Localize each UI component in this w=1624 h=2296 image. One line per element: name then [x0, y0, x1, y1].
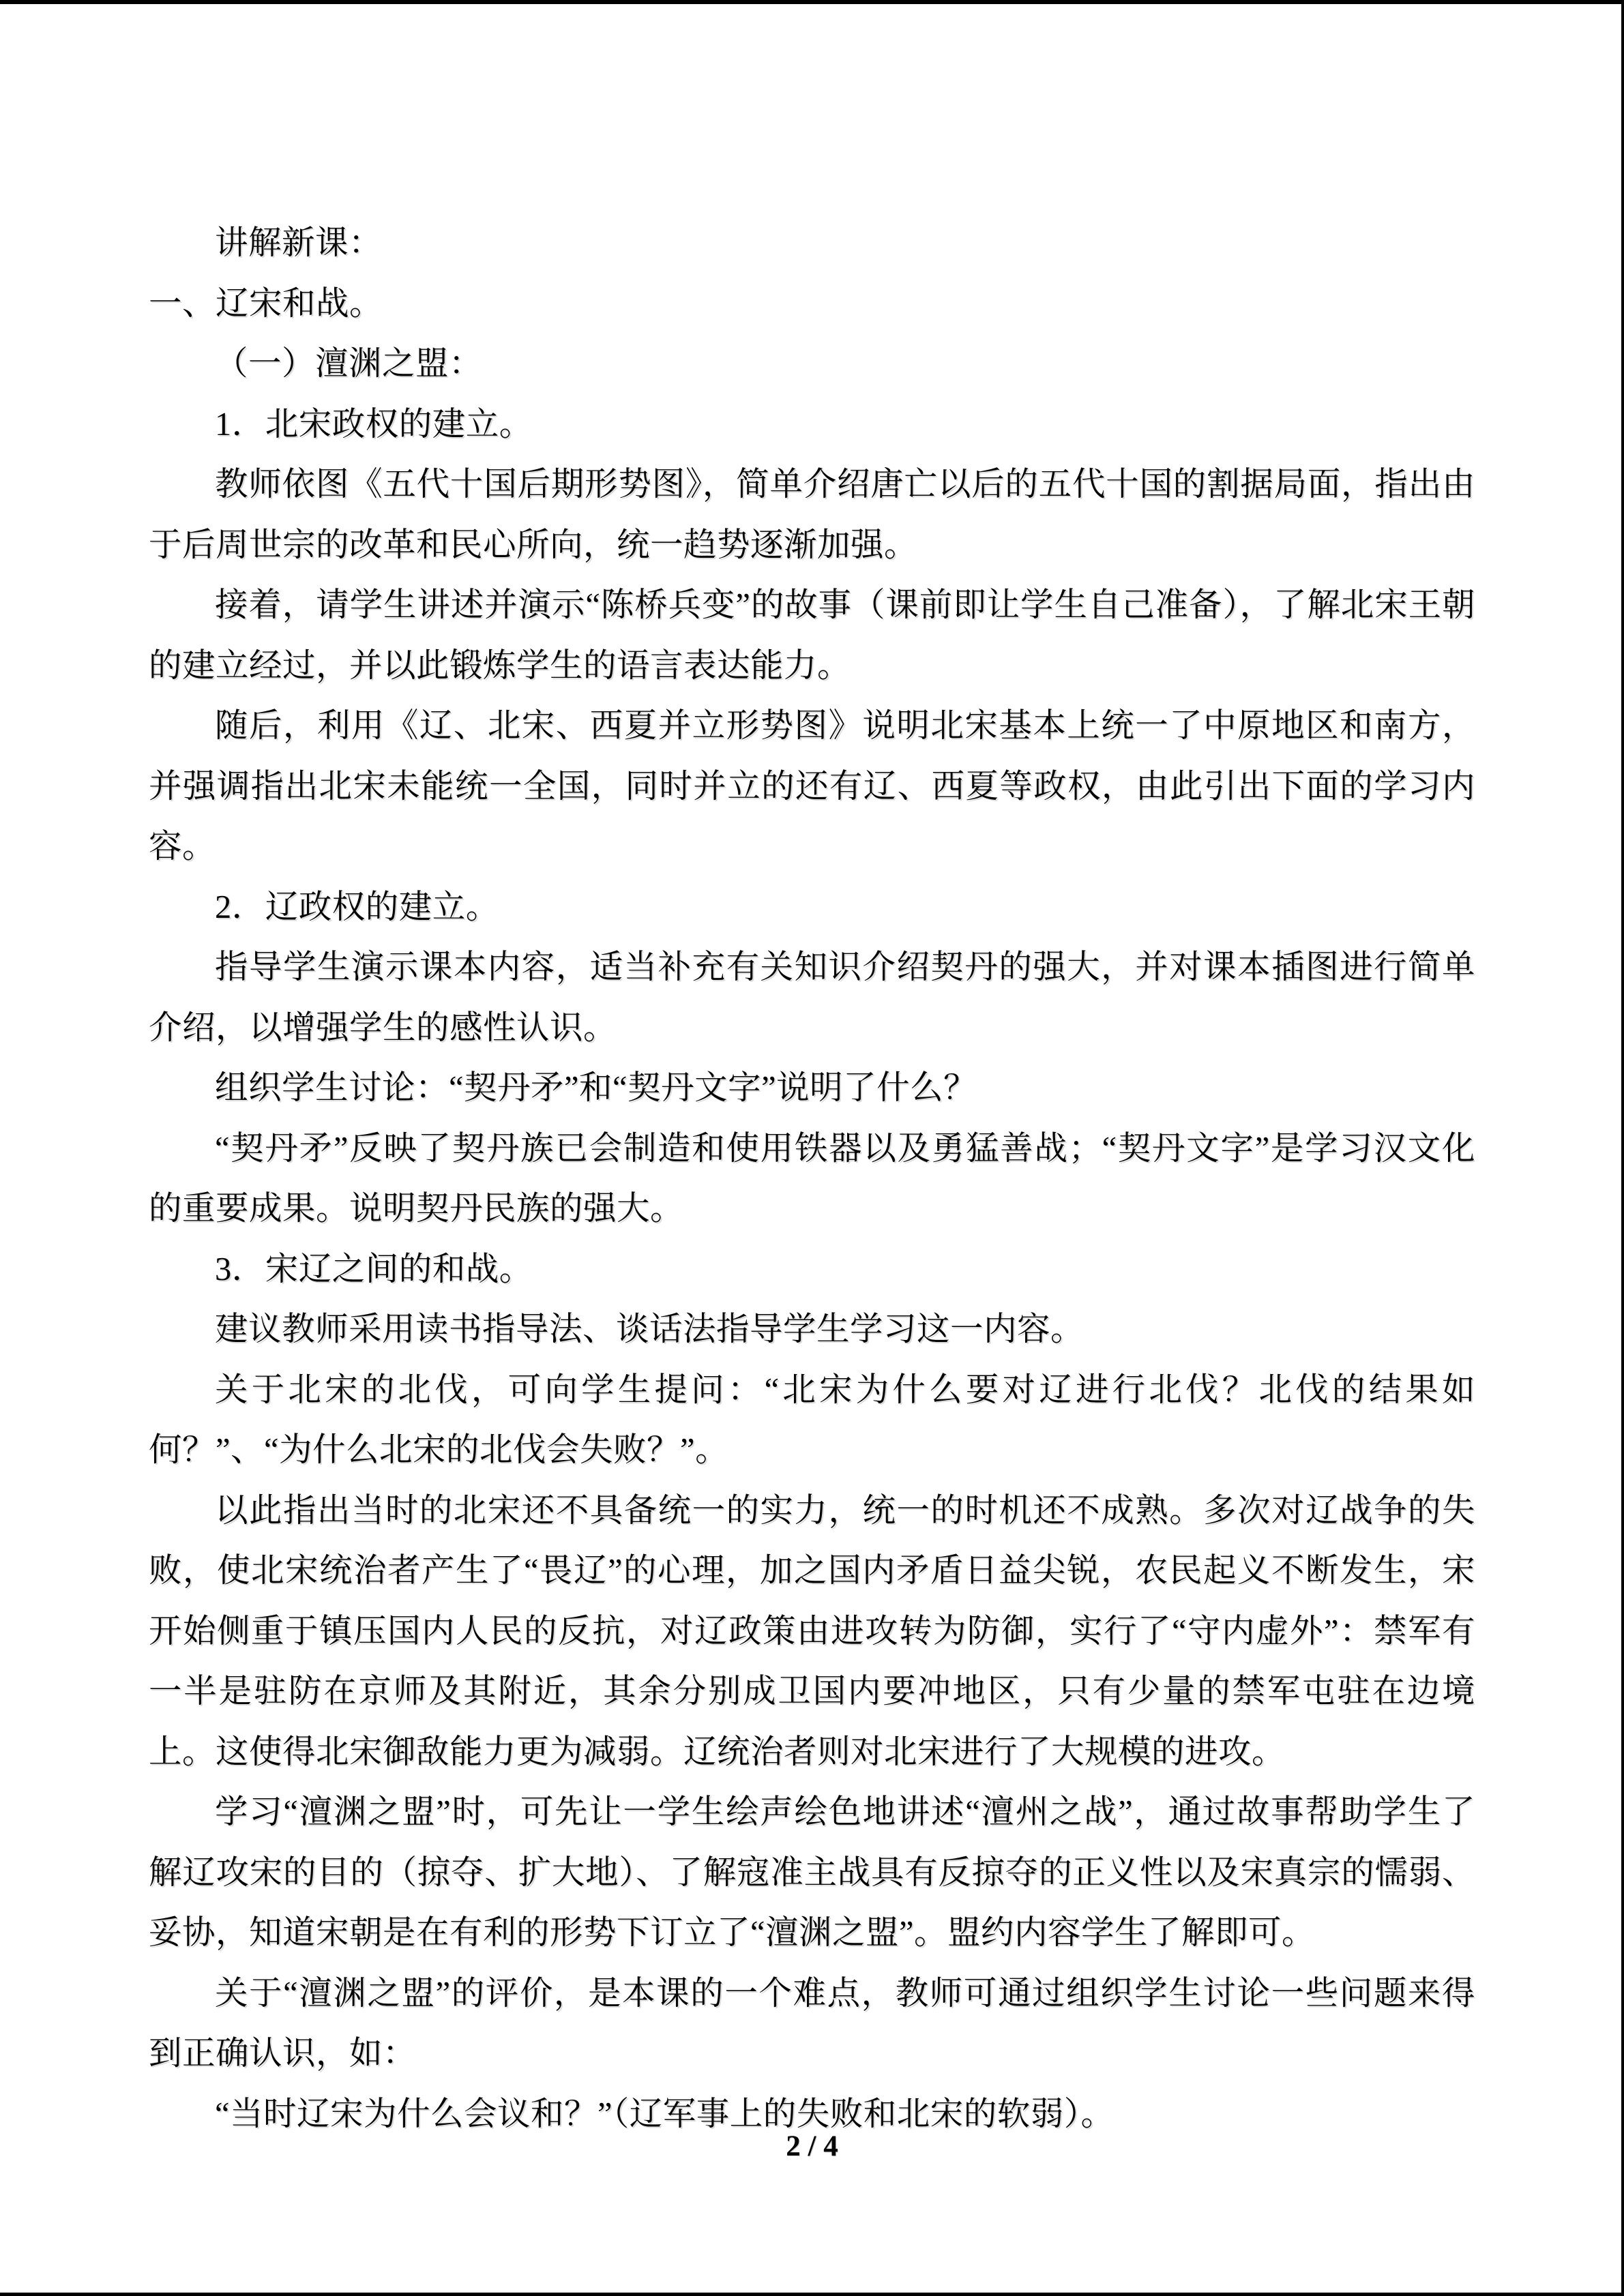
- page-number: 2 / 4: [0, 2126, 1624, 2167]
- paragraph: 2．辽政权的建立。: [149, 878, 1475, 938]
- paragraph: 3．宋辽之间的和战。: [149, 1240, 1475, 1300]
- paragraph: 学习“澶渊之盟”时，可先让一学生绘声绘色地讲述“澶州之战”，通过故事帮助学生了解…: [149, 1783, 1475, 1964]
- paragraph: 随后，利用《辽、北宋、西夏并立形势图》说明北宋基本上统一了中原地区和南方，并强调…: [149, 696, 1475, 878]
- document-body: 讲解新课：一、辽宋和战。（一）澶渊之盟：1．北宋政权的建立。教师依图《五代十国后…: [149, 213, 1475, 2145]
- paragraph: （一）澶渊之盟：: [149, 334, 1475, 395]
- paragraph: 关于“澶渊之盟”的评价，是本课的一个难点，教师可通过组织学生讨论一些问题来得到正…: [149, 1964, 1475, 2085]
- paragraph: 关于北宋的北伐，可向学生提问：“北宋为什么要对辽进行北伐？北伐的结果如何？”、“…: [149, 1360, 1475, 1481]
- paragraph: 建议教师采用读书指导法、谈话法指导学生学习这一内容。: [149, 1300, 1475, 1360]
- page-border-bottom: [0, 2293, 1624, 2296]
- paragraph: 接着，请学生讲述并演示“陈桥兵变”的故事（课前即让学生自己准备），了解北宋王朝的…: [149, 576, 1475, 696]
- paragraph: “契丹矛”反映了契丹族已会制造和使用铁器以及勇猛善战；“契丹文字”是学习汉文化的…: [149, 1119, 1475, 1240]
- paragraph: 组织学生讨论：“契丹矛”和“契丹文字”说明了什么？: [149, 1058, 1475, 1119]
- paragraph: 1．北宋政权的建立。: [149, 395, 1475, 456]
- page-border-right: [1621, 0, 1624, 2296]
- paragraph: 讲解新课：: [149, 213, 1475, 274]
- paragraph: 教师依图《五代十国后期形势图》，简单介绍唐亡以后的五代十国的割据局面，指出由于后…: [149, 455, 1475, 576]
- page-border-top: [0, 0, 1624, 4]
- paragraph: 一、辽宋和战。: [149, 274, 1475, 335]
- paragraph: 指导学生演示课本内容，适当补充有关知识介绍契丹的强大，并对课本插图进行简单介绍，…: [149, 938, 1475, 1058]
- paragraph: 以此指出当时的北宋还不具备统一的实力，统一的时机还不成熟。多次对辽战争的失败，使…: [149, 1481, 1475, 1783]
